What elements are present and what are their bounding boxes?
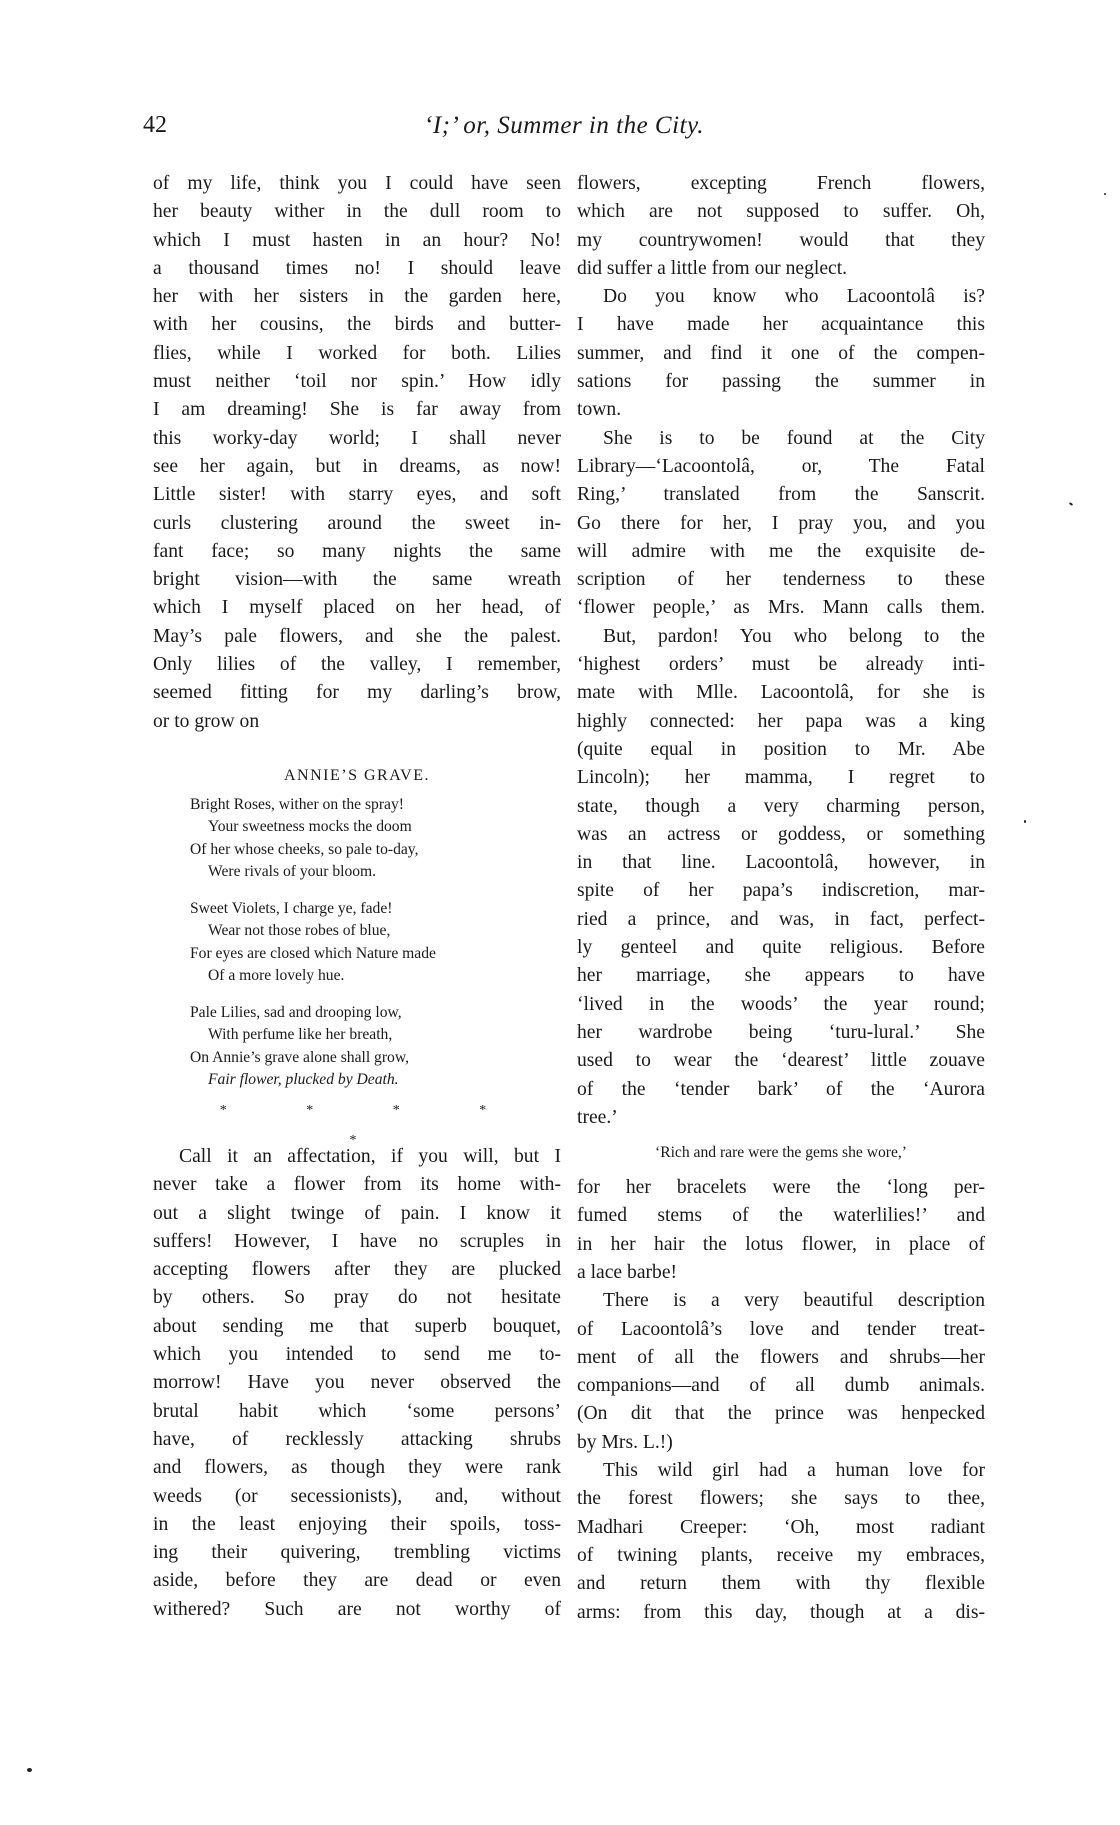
text-line: see her again, but in dreams, as now! [153, 453, 561, 481]
text-line: her beauty wither in the dull room to [153, 198, 561, 226]
text-line: Library—‘Lacoontolâ, or, The Fatal [577, 453, 985, 481]
text-line: will admire with me the exquisite de- [577, 538, 985, 566]
text-line: bright vision—with the same wreath [153, 566, 561, 594]
text-line: aside, before they are dead or even [153, 1567, 561, 1595]
text-line: of my life, think you I could have seen [153, 170, 561, 198]
block-quote: ‘Rich and rare were the gems she wore,’ [577, 1136, 985, 1174]
text-line: her wardrobe being ‘turu-lural.’ She [577, 1019, 985, 1047]
text-line: in that line. Lacoontolâ, however, in [577, 849, 985, 877]
text-line: mate with Mlle. Lacoontolâ, for she is [577, 679, 985, 707]
text-line: have, of recklessly attacking shrubs [153, 1426, 561, 1454]
text-line: I have made her acquaintance this [577, 311, 985, 339]
text-line: ‘highest orders’ must be already inti- [577, 651, 985, 679]
poem: Bright Roses, wither on the spray! Your … [153, 794, 561, 1092]
book-page: 42 ‘I;’ or, Summer in the City. of my li… [0, 0, 1120, 1825]
text-line: by others. So pray do not hesitate [153, 1284, 561, 1312]
left-column: of my life, think you I could have seen … [153, 170, 561, 1624]
poem-stanza: Pale Lilies, sad and drooping low, With … [190, 1002, 561, 1092]
text-line: Only lilies of the valley, I remember, [153, 651, 561, 679]
text-line: and return them with thy flexible [577, 1570, 985, 1598]
running-title: ‘I;’ or, Summer in the City. [143, 112, 985, 140]
text-line: companions—and of all dumb animals. [577, 1372, 985, 1400]
text-line: ly genteel and quite religious. Before [577, 934, 985, 962]
text-line: did suffer a little from our neglect. [577, 255, 985, 283]
text-line: accepting flowers after they are plucked [153, 1256, 561, 1284]
text-line: and flowers, as though they were rank [153, 1454, 561, 1482]
verse-line: Your sweetness mocks the doom [190, 816, 561, 839]
text-line: Call it an affectation, if you will, but… [153, 1143, 561, 1171]
text-line: scription of her tenderness to these [577, 566, 985, 594]
text-line: tree.’ [577, 1104, 985, 1132]
text-line: seemed fitting for my darling’s brow, [153, 679, 561, 707]
verse-line: Were rivals of your bloom. [190, 861, 561, 884]
text-line: Do you know who Lacoontolâ is? [577, 283, 985, 311]
verse-line: Sweet Violets, I charge ye, fade! [190, 898, 561, 921]
text-line: never take a flower from its home with- [153, 1171, 561, 1199]
text-line: (On dit that the prince was henpecked [577, 1400, 985, 1428]
text-line: her with her sisters in the garden here, [153, 283, 561, 311]
verse-line: Of a more lovely hue. [190, 965, 561, 988]
text-line: brutal habit which ‘some persons’ [153, 1398, 561, 1426]
text-line: weeds (or secessionists), and, without [153, 1483, 561, 1511]
text-line: was an actress or goddess, or something [577, 821, 985, 849]
text-line: sations for passing the summer in [577, 368, 985, 396]
text-line: This wild girl had a human love for [577, 1457, 985, 1485]
text-line: about sending me that superb bouquet, [153, 1313, 561, 1341]
text-line: which you intended to send me to- [153, 1341, 561, 1369]
text-line: which are not supposed to suffer. Oh, [577, 198, 985, 226]
text-line: of the ‘tender bark’ of the ‘Aurora [577, 1076, 985, 1104]
text-line: There is a very beautiful description [577, 1287, 985, 1315]
text-line: for her bracelets were the ‘long per- [577, 1174, 985, 1202]
text-line: a thousand times no! I should leave [153, 255, 561, 283]
text-line: summer, and find it one of the compen- [577, 340, 985, 368]
text-line: I am dreaming! She is far away from [153, 396, 561, 424]
text-line: fumed stems of the waterlilies!’ and [577, 1202, 985, 1230]
text-line: Lincoln); her mamma, I regret to [577, 764, 985, 792]
text-line: by Mrs. L.!) [577, 1429, 985, 1457]
text-line: a lace barbe! [577, 1259, 985, 1287]
section-separator: * * * * * [153, 1096, 561, 1126]
text-line: She is to be found at the City [577, 425, 985, 453]
text-line: the forest flowers; she says to thee, [577, 1485, 985, 1513]
text-line: fant face; so many nights the same [153, 538, 561, 566]
running-head: 42 ‘I;’ or, Summer in the City. [143, 112, 985, 146]
text-line: Ring,’ translated from the Sanscrit. [577, 481, 985, 509]
scan-speck [27, 1768, 32, 1772]
text-line: ‘flower people,’ as Mrs. Mann calls them… [577, 594, 985, 622]
text-line: highly connected: her papa was a king [577, 708, 985, 736]
text-line: flies, while I worked for both. Lilies [153, 340, 561, 368]
scan-speck [1024, 820, 1026, 823]
text-line: used to wear the ‘dearest’ little zouave [577, 1047, 985, 1075]
text-line: Madhari Creeper: ‘Oh, most radiant [577, 1514, 985, 1542]
poem-title: ANNIE’S GRAVE. [153, 758, 561, 794]
poem-stanza: Sweet Violets, I charge ye, fade! Wear n… [190, 898, 561, 988]
text-line: this worky-day world; I shall never [153, 425, 561, 453]
text-line: must neither ‘toil nor spin.’ How idly [153, 368, 561, 396]
text-line: morrow! Have you never observed the [153, 1369, 561, 1397]
text-line: which I must hasten in an hour? No! [153, 227, 561, 255]
text-line: Little sister! with starry eyes, and sof… [153, 481, 561, 509]
text-line: of Lacoontolâ’s love and tender treat- [577, 1316, 985, 1344]
text-line: Go there for her, I pray you, and you [577, 510, 985, 538]
verse-line: Pale Lilies, sad and drooping low, [190, 1002, 561, 1025]
text-line: which I myself placed on her head, of [153, 594, 561, 622]
text-line: or to grow on [153, 708, 561, 736]
text-line: But, pardon! You who belong to the [577, 623, 985, 651]
text-line: curls clustering around the sweet in- [153, 510, 561, 538]
text-line: ment of all the flowers and shrubs—her [577, 1344, 985, 1372]
text-line: state, though a very charming person, [577, 793, 985, 821]
poem-stanza: Bright Roses, wither on the spray! Your … [190, 794, 561, 884]
text-line: my countrywomen! would that they [577, 227, 985, 255]
text-line: arms: from this day, though at a dis- [577, 1599, 985, 1627]
verse-line: Of her whose cheeks, so pale to-day, [190, 839, 561, 862]
verse-line: Bright Roses, wither on the spray! [190, 794, 561, 817]
verse-line: On Annie’s grave alone shall grow, [190, 1047, 561, 1070]
scan-speck [1069, 502, 1073, 506]
text-line: in her hair the lotus flower, in place o… [577, 1231, 985, 1259]
text-line: ‘lived in the woods’ the year round; [577, 991, 985, 1019]
text-line: May’s pale flowers, and she the palest. [153, 623, 561, 651]
text-line: spite of her papa’s indiscretion, mar- [577, 877, 985, 905]
text-line: with her cousins, the birds and butter- [153, 311, 561, 339]
verse-line: Wear not those robes of blue, [190, 920, 561, 943]
text-line: ried a prince, and was, in fact, perfect… [577, 906, 985, 934]
text-line: flowers, excepting French flowers, [577, 170, 985, 198]
verse-line: Fair flower, plucked by Death. [190, 1069, 561, 1092]
text-line: suffers! However, I have no scruples in [153, 1228, 561, 1256]
text-line: in the least enjoying their spoils, toss… [153, 1511, 561, 1539]
scan-speck [1104, 193, 1106, 195]
text-line: her marriage, she appears to have [577, 962, 985, 990]
verse-line: With perfume like her breath, [190, 1024, 561, 1047]
text-line: (quite equal in position to Mr. Abe [577, 736, 985, 764]
text-line: ing their quivering, trembling victims [153, 1539, 561, 1567]
right-column: flowers, excepting French flowers, which… [577, 170, 985, 1627]
text-line: of twining plants, receive my embraces, [577, 1542, 985, 1570]
text-line: out a slight twinge of pain. I know it [153, 1200, 561, 1228]
verse-line: For eyes are closed which Nature made [190, 943, 561, 966]
text-line: withered? Such are not worthy of [153, 1596, 561, 1624]
text-line: town. [577, 396, 985, 424]
